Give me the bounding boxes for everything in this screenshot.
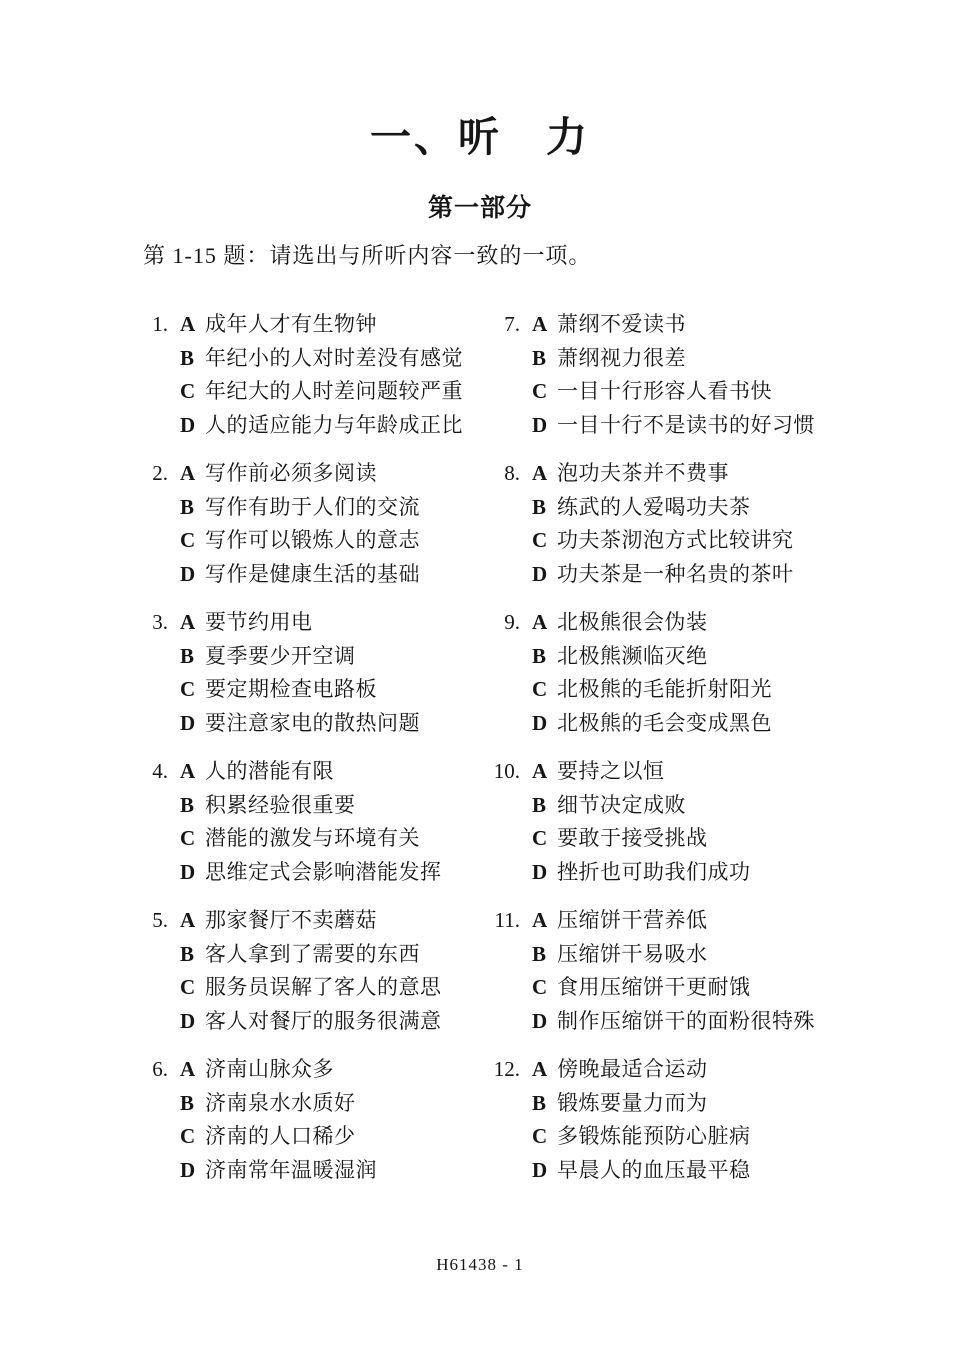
option-row: B 练武的人爱喝功夫茶: [532, 491, 794, 525]
option-row: A 写作前必须多阅读: [180, 457, 420, 491]
option-letter: D: [532, 409, 557, 443]
option-row: B 细节决定成败: [532, 789, 751, 823]
question-number: 2.: [150, 457, 168, 591]
option-row: C 功夫茶沏泡方式比较讲究: [532, 524, 794, 558]
question-number: 3.: [150, 606, 168, 740]
option-text: 要持之以恒: [557, 755, 665, 789]
option-letter: C: [532, 375, 557, 409]
option-text: 那家餐厅不卖蘑菇: [205, 904, 377, 938]
option-letter: A: [180, 308, 205, 342]
option-row: A 人的潜能有限: [180, 755, 442, 789]
option-letter: B: [532, 1087, 557, 1121]
option-row: C 北极熊的毛能折射阳光: [532, 673, 772, 707]
option-letter: B: [532, 491, 557, 525]
option-text: 夏季要少开空调: [205, 640, 356, 674]
option-text: 食用压缩饼干更耐饿: [557, 971, 751, 1005]
option-row: A 成年人才有生物钟: [180, 308, 463, 342]
option-letter: A: [180, 1053, 205, 1087]
option-letter: C: [180, 822, 205, 856]
option-text: 积累经验很重要: [205, 789, 356, 823]
option-row: A 傍晚最适合运动: [532, 1053, 751, 1087]
questions-column-left: 1. A 成年人才有生物钟 B 年纪小的人对时差没有感觉 C 年纪大的人时差问题…: [150, 308, 485, 1202]
options-list: A 人的潜能有限 B 积累经验很重要 C 潜能的激发与环境有关 D 思维定式会影…: [180, 755, 442, 889]
question-block: 6. A 济南山脉众多 B 济南泉水水质好 C 济南的人口稀少 D 济南常年温暖…: [150, 1053, 485, 1187]
option-letter: A: [532, 457, 557, 491]
question-number: 5.: [150, 904, 168, 1038]
option-letter: A: [532, 1053, 557, 1087]
option-row: A 压缩饼干营养低: [532, 904, 815, 938]
options-list: A 北极熊很会伪装 B 北极熊濒临灭绝 C 北极熊的毛能折射阳光 D 北极熊的毛…: [532, 606, 772, 740]
option-text: 多锻炼能预防心脏病: [557, 1120, 751, 1154]
exam-page: 一、听 力 第一部分 第 1-15 题：请选出与所听内容一致的一项。 1. A …: [0, 0, 960, 1358]
option-row: D 思维定式会影响潜能发挥: [180, 856, 442, 890]
option-letter: D: [180, 558, 205, 592]
option-row: D 客人对餐厅的服务很满意: [180, 1005, 442, 1039]
option-row: C 多锻炼能预防心脏病: [532, 1120, 751, 1154]
option-row: C 要定期检查电路板: [180, 673, 420, 707]
options-list: A 那家餐厅不卖蘑菇 B 客人拿到了需要的东西 C 服务员误解了客人的意思 D …: [180, 904, 442, 1038]
question-block: 12. A 傍晚最适合运动 B 锻炼要量力而为 C 多锻炼能预防心脏病 D 早晨…: [489, 1053, 874, 1187]
option-letter: B: [532, 342, 557, 376]
option-letter: D: [532, 558, 557, 592]
option-letter: A: [532, 904, 557, 938]
option-row: C 年纪大的人时差问题较严重: [180, 375, 463, 409]
option-letter: B: [532, 640, 557, 674]
question-block: 4. A 人的潜能有限 B 积累经验很重要 C 潜能的激发与环境有关 D 思维定…: [150, 755, 485, 889]
options-list: A 写作前必须多阅读 B 写作有助于人们的交流 C 写作可以锻炼人的意志 D 写…: [180, 457, 420, 591]
option-letter: B: [180, 789, 205, 823]
option-row: C 潜能的激发与环境有关: [180, 822, 442, 856]
option-text: 压缩饼干营养低: [557, 904, 708, 938]
option-row: D 挫折也可助我们成功: [532, 856, 751, 890]
option-row: A 北极熊很会伪装: [532, 606, 772, 640]
option-text: 写作可以锻炼人的意志: [205, 524, 420, 558]
option-text: 人的潜能有限: [205, 755, 334, 789]
option-text: 要注意家电的散热问题: [205, 707, 420, 741]
question-block: 10. A 要持之以恒 B 细节决定成败 C 要敢于接受挑战 D 挫折也可助我们…: [489, 755, 874, 889]
option-letter: B: [180, 1087, 205, 1121]
option-row: B 锻炼要量力而为: [532, 1087, 751, 1121]
question-block: 2. A 写作前必须多阅读 B 写作有助于人们的交流 C 写作可以锻炼人的意志 …: [150, 457, 485, 591]
option-row: B 年纪小的人对时差没有感觉: [180, 342, 463, 376]
instructions-text: 第 1-15 题：请选出与所听内容一致的一项。: [143, 239, 591, 270]
option-row: A 要持之以恒: [532, 755, 751, 789]
option-text: 北极熊濒临灭绝: [557, 640, 708, 674]
option-letter: D: [180, 707, 205, 741]
question-number: 1.: [150, 308, 168, 442]
option-letter: D: [532, 707, 557, 741]
option-text: 写作有助于人们的交流: [205, 491, 420, 525]
option-letter: C: [180, 524, 205, 558]
option-text: 制作压缩饼干的面粉很特殊: [557, 1005, 815, 1039]
option-text: 北极熊很会伪装: [557, 606, 708, 640]
option-letter: C: [532, 822, 557, 856]
option-text: 萧纲不爱读书: [557, 308, 686, 342]
option-row: B 压缩饼干易吸水: [532, 938, 815, 972]
question-number: 12.: [489, 1053, 520, 1187]
option-text: 成年人才有生物钟: [205, 308, 377, 342]
option-letter: D: [180, 856, 205, 890]
option-row: D 人的适应能力与年龄成正比: [180, 409, 463, 443]
option-row: A 萧纲不爱读书: [532, 308, 815, 342]
options-list: A 要持之以恒 B 细节决定成败 C 要敢于接受挑战 D 挫折也可助我们成功: [532, 755, 751, 889]
option-letter: D: [532, 856, 557, 890]
option-letter: B: [180, 491, 205, 525]
option-text: 人的适应能力与年龄成正比: [205, 409, 463, 443]
option-row: C 服务员误解了客人的意思: [180, 971, 442, 1005]
question-block: 3. A 要节约用电 B 夏季要少开空调 C 要定期检查电路板 D 要注意家电的…: [150, 606, 485, 740]
option-text: 一目十行不是读书的好习惯: [557, 409, 815, 443]
section-title: 第一部分: [0, 188, 960, 224]
option-text: 压缩饼干易吸水: [557, 938, 708, 972]
option-text: 写作前必须多阅读: [205, 457, 377, 491]
question-block: 9. A 北极熊很会伪装 B 北极熊濒临灭绝 C 北极熊的毛能折射阳光 D 北极…: [489, 606, 874, 740]
question-block: 8. A 泡功夫茶并不费事 B 练武的人爱喝功夫茶 C 功夫茶沏泡方式比较讲究 …: [489, 457, 874, 591]
option-letter: A: [532, 755, 557, 789]
question-block: 1. A 成年人才有生物钟 B 年纪小的人对时差没有感觉 C 年纪大的人时差问题…: [150, 308, 485, 442]
option-text: 细节决定成败: [557, 789, 686, 823]
option-text: 锻炼要量力而为: [557, 1087, 708, 1121]
question-number: 4.: [150, 755, 168, 889]
question-number: 11.: [489, 904, 520, 1038]
option-text: 早晨人的血压最平稳: [557, 1154, 751, 1188]
option-letter: B: [180, 342, 205, 376]
question-number: 8.: [489, 457, 520, 591]
option-row: C 写作可以锻炼人的意志: [180, 524, 420, 558]
question-number: 6.: [150, 1053, 168, 1187]
option-text: 泡功夫茶并不费事: [557, 457, 729, 491]
option-row: B 客人拿到了需要的东西: [180, 938, 442, 972]
option-row: B 夏季要少开空调: [180, 640, 420, 674]
option-text: 一目十行形容人看书快: [557, 375, 772, 409]
option-text: 要节约用电: [205, 606, 313, 640]
option-text: 功夫茶是一种名贵的茶叶: [557, 558, 794, 592]
option-row: D 功夫茶是一种名贵的茶叶: [532, 558, 794, 592]
options-list: A 要节约用电 B 夏季要少开空调 C 要定期检查电路板 D 要注意家电的散热问…: [180, 606, 420, 740]
option-letter: C: [532, 971, 557, 1005]
option-text: 服务员误解了客人的意思: [205, 971, 442, 1005]
option-letter: C: [532, 1120, 557, 1154]
option-row: D 一目十行不是读书的好习惯: [532, 409, 815, 443]
option-letter: D: [532, 1154, 557, 1188]
questions-column-right: 7. A 萧纲不爱读书 B 萧纲视力很差 C 一目十行形容人看书快 D 一目十行…: [489, 308, 874, 1202]
option-row: A 要节约用电: [180, 606, 420, 640]
option-letter: B: [180, 938, 205, 972]
option-text: 年纪小的人对时差没有感觉: [205, 342, 463, 376]
option-text: 北极熊的毛会变成黑色: [557, 707, 772, 741]
option-text: 济南山脉众多: [205, 1053, 334, 1087]
option-letter: C: [180, 1120, 205, 1154]
option-text: 济南的人口稀少: [205, 1120, 356, 1154]
option-text: 思维定式会影响潜能发挥: [205, 856, 442, 890]
options-list: A 济南山脉众多 B 济南泉水水质好 C 济南的人口稀少 D 济南常年温暖湿润: [180, 1053, 377, 1187]
option-text: 练武的人爱喝功夫茶: [557, 491, 751, 525]
option-letter: A: [180, 606, 205, 640]
option-text: 济南泉水水质好: [205, 1087, 356, 1121]
options-list: A 傍晚最适合运动 B 锻炼要量力而为 C 多锻炼能预防心脏病 D 早晨人的血压…: [532, 1053, 751, 1187]
option-row: D 写作是健康生活的基础: [180, 558, 420, 592]
option-letter: C: [180, 971, 205, 1005]
option-row: A 泡功夫茶并不费事: [532, 457, 794, 491]
option-text: 潜能的激发与环境有关: [205, 822, 420, 856]
option-letter: A: [180, 904, 205, 938]
option-text: 萧纲视力很差: [557, 342, 686, 376]
question-number: 7.: [489, 308, 520, 442]
option-text: 傍晚最适合运动: [557, 1053, 708, 1087]
option-letter: A: [180, 457, 205, 491]
options-list: A 萧纲不爱读书 B 萧纲视力很差 C 一目十行形容人看书快 D 一目十行不是读…: [532, 308, 815, 442]
option-text: 年纪大的人时差问题较严重: [205, 375, 463, 409]
option-letter: D: [180, 409, 205, 443]
question-block: 11. A 压缩饼干营养低 B 压缩饼干易吸水 C 食用压缩饼干更耐饿 D 制作…: [489, 904, 874, 1038]
option-letter: B: [532, 938, 557, 972]
option-text: 济南常年温暖湿润: [205, 1154, 377, 1188]
option-letter: A: [180, 755, 205, 789]
option-row: C 济南的人口稀少: [180, 1120, 377, 1154]
option-row: B 济南泉水水质好: [180, 1087, 377, 1121]
option-row: C 一目十行形容人看书快: [532, 375, 815, 409]
option-row: D 制作压缩饼干的面粉很特殊: [532, 1005, 815, 1039]
option-letter: C: [532, 524, 557, 558]
option-text: 功夫茶沏泡方式比较讲究: [557, 524, 794, 558]
option-row: D 早晨人的血压最平稳: [532, 1154, 751, 1188]
page-footer-label: H61438 - 1: [0, 1255, 960, 1275]
option-row: B 积累经验很重要: [180, 789, 442, 823]
option-text: 客人对餐厅的服务很满意: [205, 1005, 442, 1039]
question-block: 7. A 萧纲不爱读书 B 萧纲视力很差 C 一目十行形容人看书快 D 一目十行…: [489, 308, 874, 442]
option-letter: A: [532, 606, 557, 640]
option-row: A 那家餐厅不卖蘑菇: [180, 904, 442, 938]
option-text: 挫折也可助我们成功: [557, 856, 751, 890]
question-number: 10.: [489, 755, 520, 889]
option-row: B 写作有助于人们的交流: [180, 491, 420, 525]
options-list: A 压缩饼干营养低 B 压缩饼干易吸水 C 食用压缩饼干更耐饿 D 制作压缩饼干…: [532, 904, 815, 1038]
option-row: B 萧纲视力很差: [532, 342, 815, 376]
question-number: 9.: [489, 606, 520, 740]
option-text: 要敢于接受挑战: [557, 822, 708, 856]
option-text: 北极熊的毛能折射阳光: [557, 673, 772, 707]
option-letter: A: [532, 308, 557, 342]
option-text: 要定期检查电路板: [205, 673, 377, 707]
option-row: A 济南山脉众多: [180, 1053, 377, 1087]
options-list: A 成年人才有生物钟 B 年纪小的人对时差没有感觉 C 年纪大的人时差问题较严重…: [180, 308, 463, 442]
question-block: 5. A 那家餐厅不卖蘑菇 B 客人拿到了需要的东西 C 服务员误解了客人的意思…: [150, 904, 485, 1038]
option-row: C 要敢于接受挑战: [532, 822, 751, 856]
option-letter: C: [180, 375, 205, 409]
option-text: 客人拿到了需要的东西: [205, 938, 420, 972]
page-title: 一、听 力: [0, 104, 960, 163]
option-row: D 要注意家电的散热问题: [180, 707, 420, 741]
option-letter: D: [180, 1154, 205, 1188]
option-row: C 食用压缩饼干更耐饿: [532, 971, 815, 1005]
option-row: B 北极熊濒临灭绝: [532, 640, 772, 674]
option-row: D 济南常年温暖湿润: [180, 1154, 377, 1188]
options-list: A 泡功夫茶并不费事 B 练武的人爱喝功夫茶 C 功夫茶沏泡方式比较讲究 D 功…: [532, 457, 794, 591]
option-letter: B: [180, 640, 205, 674]
option-letter: C: [180, 673, 205, 707]
option-letter: D: [532, 1005, 557, 1039]
option-letter: B: [532, 789, 557, 823]
option-row: D 北极熊的毛会变成黑色: [532, 707, 772, 741]
option-letter: D: [180, 1005, 205, 1039]
option-text: 写作是健康生活的基础: [205, 558, 420, 592]
option-letter: C: [532, 673, 557, 707]
